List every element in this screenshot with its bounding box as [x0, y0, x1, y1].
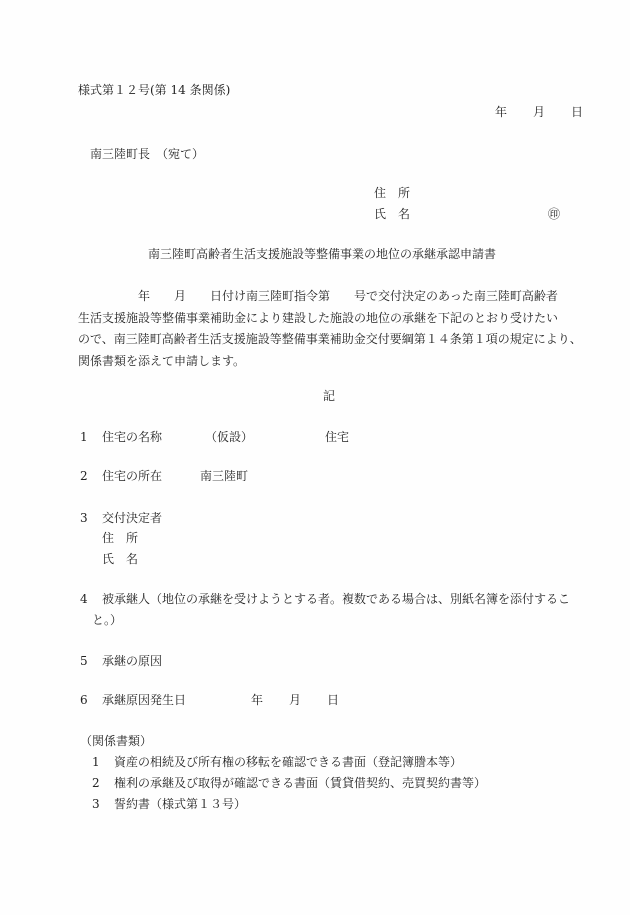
date-month: 月: [533, 106, 545, 118]
item-5-number: 5: [80, 655, 88, 667]
item-2-value: 南三陸町: [200, 470, 248, 482]
related-doc-1-text: 資産の相続及び所有権の移転を確認できる書面（登記簿謄本等）: [114, 756, 462, 768]
item-1-label: 住宅の名称: [102, 431, 162, 443]
item-6-month: 月: [289, 694, 301, 706]
item-3-address-label: 住 所: [102, 532, 138, 544]
item-4-label-continued: と。）: [92, 614, 122, 626]
related-doc-1-number: 1: [92, 756, 100, 768]
item-3-label: 交付決定者: [102, 512, 162, 524]
item-1-value-prefix: （仮設）: [205, 431, 253, 443]
item-1-value-suffix: 住宅: [325, 431, 349, 443]
item-4-number: 4: [80, 593, 88, 605]
document-title: 南三陸町高齢者生活支援施設等整備事業の地位の承継承認申請書: [148, 248, 496, 260]
addressee: 南三陸町長 （宛て）: [90, 148, 204, 160]
item-5-label: 承継の原因: [102, 655, 162, 667]
body-line-4: 関係書類を添えて申請します。: [78, 355, 245, 367]
body-line-1: 年 月 日付け南三陸町指令第 号で交付決定のあった南三陸町高齢者: [138, 290, 558, 302]
date-year: 年: [495, 106, 507, 118]
body-line-3: ので、南三陸町高齢者生活支援施設等整備事業補助金交付要綱第１４条第１項の規定によ…: [78, 333, 582, 345]
item-3-name-label: 氏 名: [102, 553, 138, 565]
applicant-address-label: 住 所: [374, 187, 410, 199]
item-6-number: 6: [80, 694, 88, 706]
related-docs-heading: （関係書類）: [80, 735, 152, 747]
form-number: 様式第１２号(第 14 条関係): [78, 84, 230, 96]
item-2-number: 2: [80, 470, 88, 482]
item-3-number: 3: [80, 512, 88, 524]
seal-icon: ㊞: [548, 208, 560, 220]
item-1-number: 1: [80, 431, 88, 443]
item-6-day: 日: [327, 694, 339, 706]
related-doc-2-text: 権利の承継及び取得が確認できる書面（賃貸借契約、売買契約書等）: [114, 777, 486, 789]
applicant-name-label: 氏 名: [374, 208, 410, 220]
item-4-label: 被承継人（地位の承継を受けようとする者。複数である場合は、別紙名簿を添付するこ: [102, 593, 570, 605]
item-6-year: 年: [251, 694, 263, 706]
related-doc-3-number: 3: [92, 798, 100, 810]
date-day: 日: [571, 106, 583, 118]
related-doc-3-text: 誓約書（様式第１３号）: [114, 798, 246, 810]
ki-heading: 記: [323, 390, 335, 402]
item-6-label: 承継原因発生日: [102, 694, 186, 706]
item-2-label: 住宅の所在: [102, 470, 162, 482]
body-line-2: 生活支援施設等整備事業補助金により建設した施設の地位の承継を下記のとおり受けたい: [78, 312, 558, 324]
related-doc-2-number: 2: [92, 777, 100, 789]
